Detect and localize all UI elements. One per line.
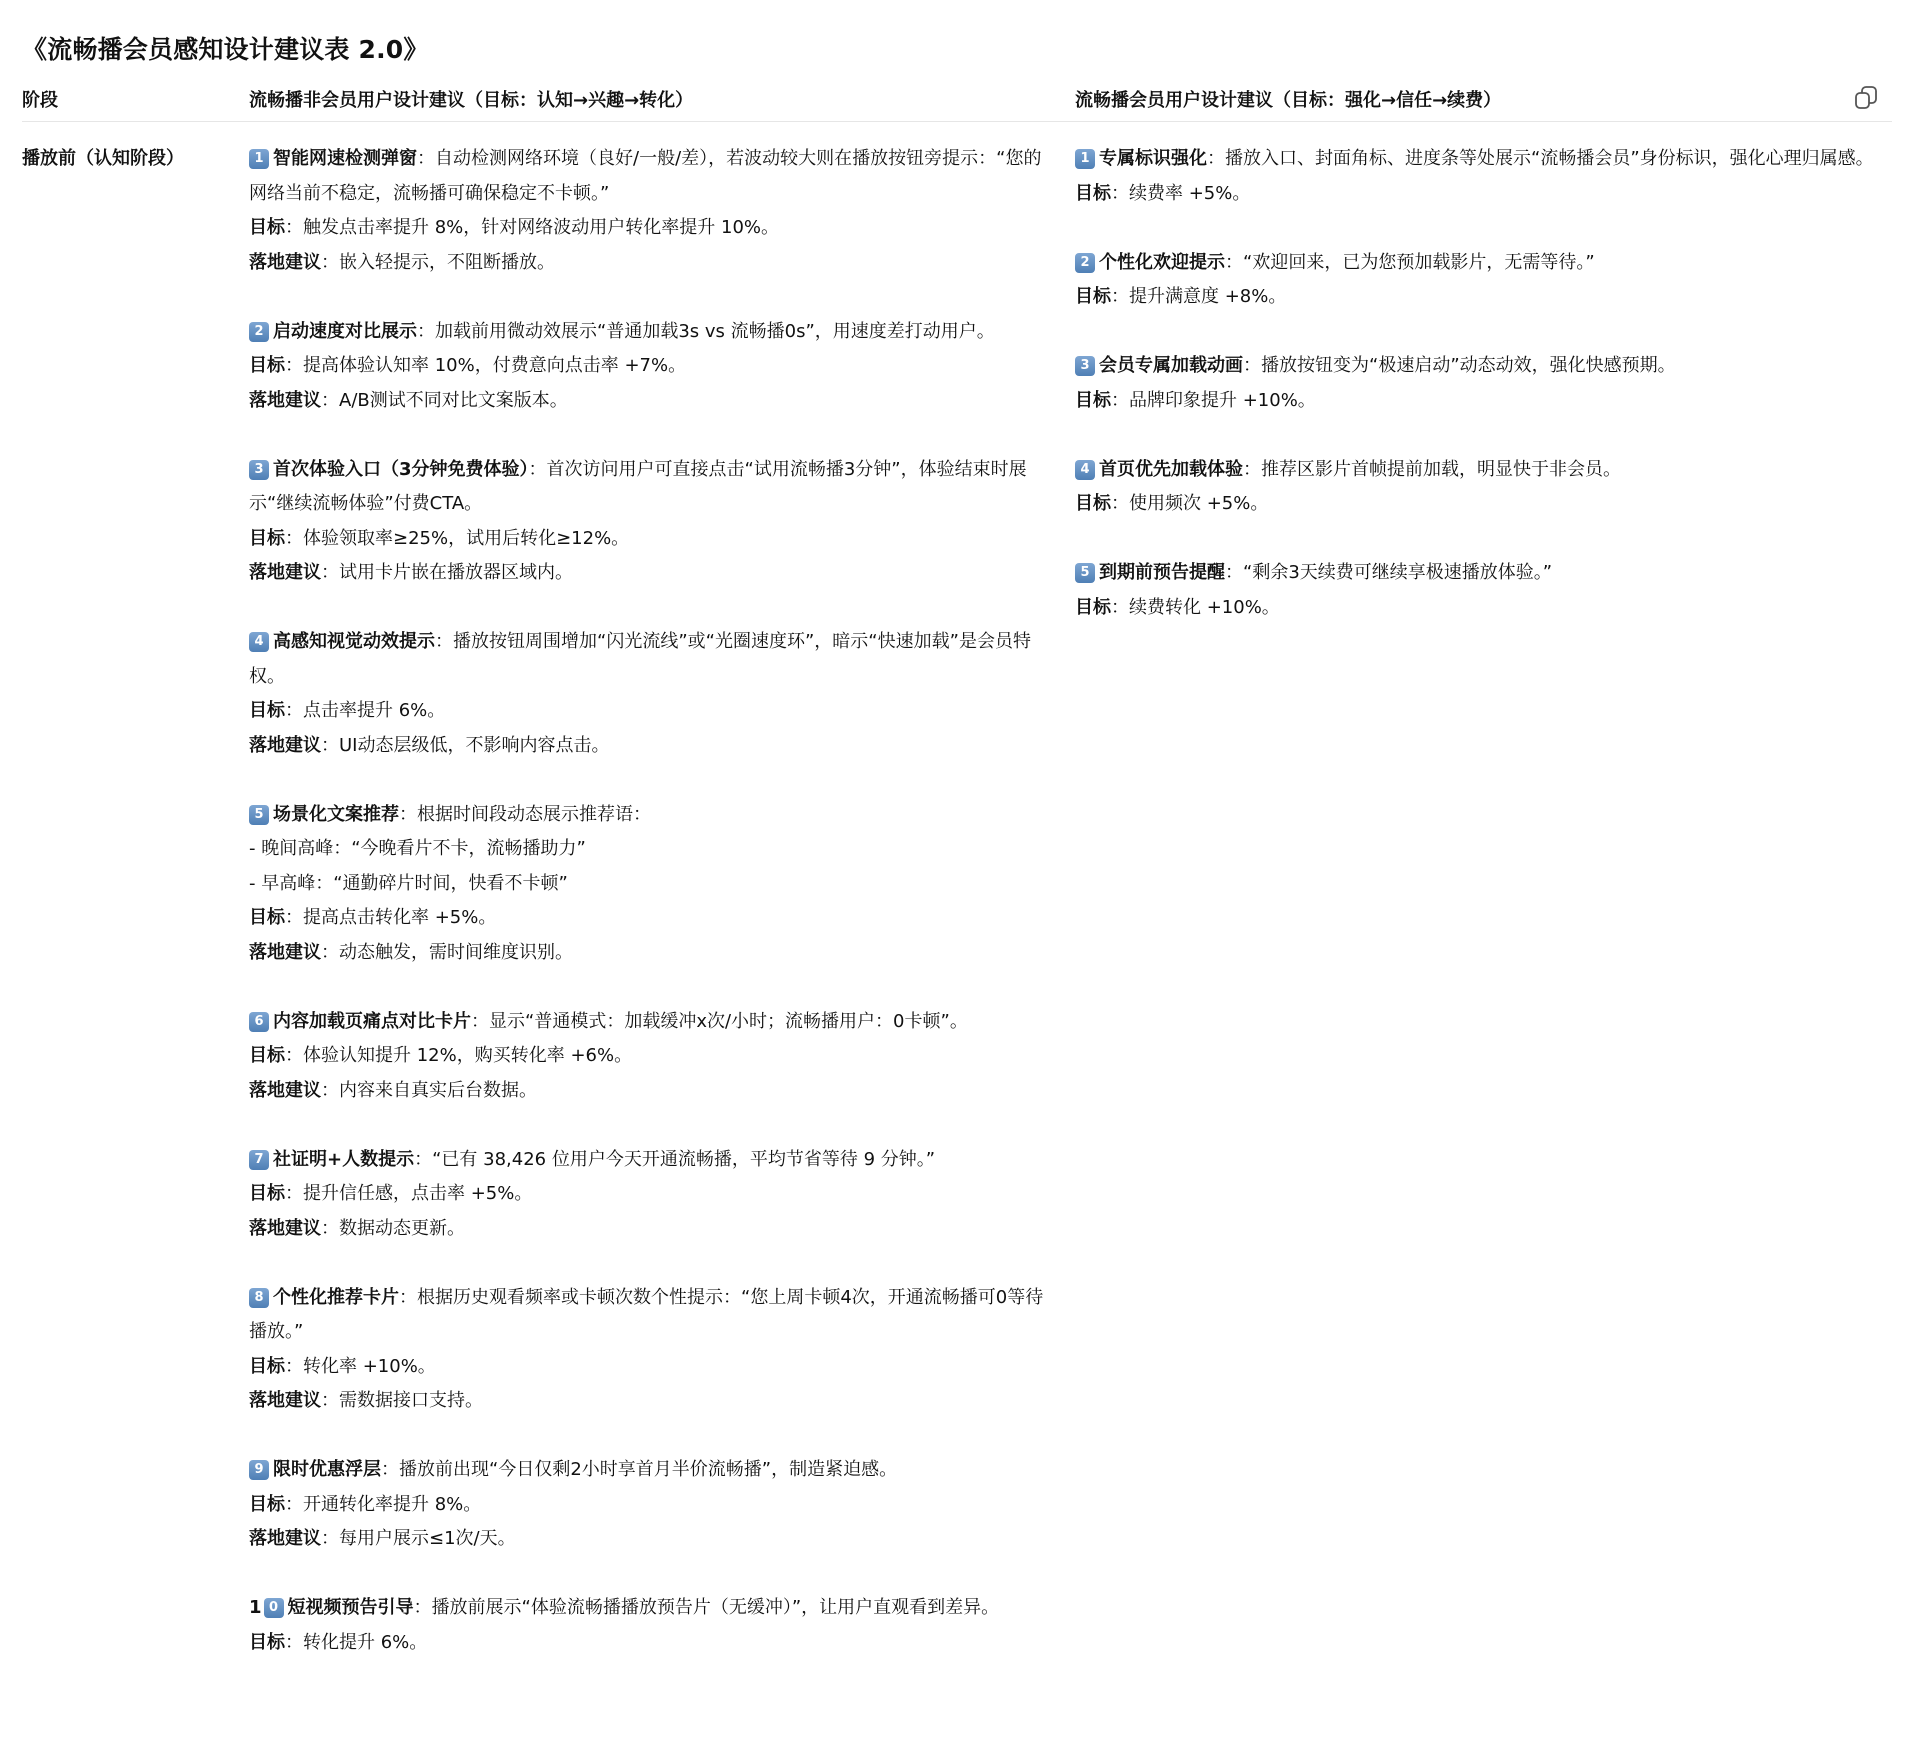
implementation-label: 落地建议	[249, 390, 321, 411]
suggestion-item: 5场景化文案推荐：根据时间段动态展示推荐语：- 晚间高峰：“今晚看片不卡，流畅播…	[249, 798, 1049, 971]
goal-value: ：提升满意度 +8%。	[1111, 286, 1286, 307]
goal-line: 目标：提升满意度 +8%。	[1075, 280, 1915, 315]
keycap-number-icon: 2	[249, 322, 269, 342]
goal-line: 目标：点击率提升 6%。	[249, 694, 1049, 729]
goal-label: 目标	[249, 700, 285, 721]
suggestion-text: ：播放入口、封面角标、进度条等处展示“流畅播会员”身份标识，强化心理归属感。	[1207, 148, 1874, 169]
table-header-row: 阶段 流畅播非会员用户设计建议（目标：认知→兴趣→转化） 流畅播会员用户设计建议…	[22, 80, 1892, 122]
implementation-label: 落地建议	[249, 562, 321, 583]
suggestion-text: ：显示“普通模式：加载缓冲x次/小时；流畅播用户：0卡顿”。	[471, 1011, 968, 1032]
suggestion-text: ：加载前用微动效展示“普通加载3s vs 流畅播0s”，用速度差打动用户。	[417, 321, 995, 342]
suggestion-text: ：“已有 38,426 位用户今天开通流畅播，平均节省等待 9 分钟。”	[414, 1149, 935, 1170]
suggestion-text: ：播放按钮变为“极速启动”动态动效，强化快感预期。	[1243, 355, 1676, 376]
suggestion-title: 智能网速检测弹窗	[273, 148, 417, 169]
implementation-value: ：A/B测试不同对比文案版本。	[321, 390, 568, 411]
implementation-value: ：数据动态更新。	[321, 1218, 465, 1239]
goal-value: ：转化率 +10%。	[285, 1356, 436, 1377]
suggestion-description: 2启动速度对比展示：加载前用微动效展示“普通加载3s vs 流畅播0s”，用速度…	[249, 315, 1049, 350]
suggestion-text: ：“欢迎回来，已为您预加载影片，无需等待。”	[1225, 252, 1595, 273]
suggestion-title: 到期前预告提醒	[1099, 562, 1225, 583]
goal-value: ：提升信任感，点击率 +5%。	[285, 1183, 532, 1204]
goal-line: 目标：提高点击转化率 +5%。	[249, 901, 1049, 936]
goal-line: 目标：触发点击率提升 8%，针对网络波动用户转化率提升 10%。	[249, 211, 1049, 246]
goal-label: 目标	[249, 907, 285, 928]
suggestion-item: 1专属标识强化：播放入口、封面角标、进度条等处展示“流畅播会员”身份标识，强化心…	[1075, 142, 1915, 211]
implementation-line: 落地建议：嵌入轻提示，不阻断播放。	[249, 246, 1049, 281]
suggestion-text: ：推荐区影片首帧提前加载，明显快于非会员。	[1243, 459, 1621, 480]
keycap-number-icon: 8	[249, 1288, 269, 1308]
suggestion-description: 9限时优惠浮层：播放前出现“今日仅剩2小时享首月半价流畅播”，制造紧迫感。	[249, 1453, 1049, 1488]
suggestion-text: ：播放前展示“体验流畅播播放预告片（无缓冲）”，让用户直观看到差异。	[414, 1597, 1000, 1618]
goal-line: 目标：转化率 +10%。	[249, 1350, 1049, 1385]
goal-label: 目标	[1075, 390, 1111, 411]
goal-value: ：提高体验认知率 10%，付费意向点击率 +7%。	[285, 355, 686, 376]
suggestion-description: 2个性化欢迎提示：“欢迎回来，已为您预加载影片，无需等待。”	[1075, 246, 1915, 281]
keycap-number-icon: 1	[1075, 149, 1095, 169]
implementation-line: 落地建议：动态触发，需时间维度识别。	[249, 936, 1049, 971]
bullet-line: - 晚间高峰：“今晚看片不卡，流畅播助力”	[249, 832, 1049, 867]
keycap-number-icon: 3	[1075, 356, 1095, 376]
suggestion-title: 内容加载页痛点对比卡片	[273, 1011, 471, 1032]
suggestion-description: 1智能网速检测弹窗：自动检测网络环境（良好/一般/差），若波动较大则在播放按钮旁…	[249, 142, 1049, 211]
document-title: 《流畅播会员感知设计建议表 2.0》	[22, 30, 429, 66]
suggestion-title: 高感知视觉动效提示	[273, 631, 435, 652]
goal-value: ：体验领取率≥25%，试用后转化≥12%。	[285, 528, 629, 549]
suggestion-description: 4高感知视觉动效提示：播放按钮周围增加“闪光流线”或“光圈速度环”，暗示“快速加…	[249, 625, 1049, 694]
suggestion-item: 10短视频预告引导：播放前展示“体验流畅播播放预告片（无缓冲）”，让用户直观看到…	[249, 1591, 1049, 1660]
suggestion-title: 首次体验入口（3分钟免费体验）	[273, 459, 529, 480]
goal-label: 目标	[1075, 597, 1111, 618]
implementation-line: 落地建议：需数据接口支持。	[249, 1384, 1049, 1419]
goal-line: 目标：续费率 +5%。	[1075, 177, 1915, 212]
goal-line: 目标：品牌印象提升 +10%。	[1075, 384, 1915, 419]
implementation-value: ：内容来自真实后台数据。	[321, 1080, 537, 1101]
suggestion-item: 4首页优先加载体验：推荐区影片首帧提前加载，明显快于非会员。目标：使用频次 +5…	[1075, 453, 1915, 522]
implementation-label: 落地建议	[249, 1080, 321, 1101]
keycap-number-icon: 4	[1075, 460, 1095, 480]
implementation-line: 落地建议：每用户展示≤1次/天。	[249, 1522, 1049, 1557]
implementation-label: 落地建议	[249, 1218, 321, 1239]
goal-value: ：使用频次 +5%。	[1111, 493, 1268, 514]
implementation-label: 落地建议	[249, 735, 321, 756]
suggestion-title: 限时优惠浮层	[273, 1459, 381, 1480]
suggestion-text: ：“剩余3天续费可继续享极速播放体验。”	[1225, 562, 1552, 583]
goal-label: 目标	[249, 1045, 285, 1066]
suggestion-title: 会员专属加载动画	[1099, 355, 1243, 376]
keycap-number-icon: 5	[1075, 563, 1095, 583]
implementation-line: 落地建议：数据动态更新。	[249, 1212, 1049, 1247]
goal-label: 目标	[249, 355, 285, 376]
goal-value: ：触发点击率提升 8%，针对网络波动用户转化率提升 10%。	[285, 217, 779, 238]
suggestion-description: 3首次体验入口（3分钟免费体验）：首次访问用户可直接点击“试用流畅播3分钟”，体…	[249, 453, 1049, 522]
goal-line: 目标：续费转化 +10%。	[1075, 591, 1915, 626]
goal-line: 目标：转化提升 6%。	[249, 1626, 1049, 1661]
implementation-value: ：需数据接口支持。	[321, 1390, 483, 1411]
suggestion-item: 3会员专属加载动画：播放按钮变为“极速启动”动态动效，强化快感预期。目标：品牌印…	[1075, 349, 1915, 418]
implementation-label: 落地建议	[249, 1390, 321, 1411]
suggestion-description: 1专属标识强化：播放入口、封面角标、进度条等处展示“流畅播会员”身份标识，强化心…	[1075, 142, 1915, 177]
implementation-label: 落地建议	[249, 942, 321, 963]
keycap-number-icon: 3	[249, 460, 269, 480]
goal-value: ：点击率提升 6%。	[285, 700, 445, 721]
goal-label: 目标	[249, 217, 285, 238]
keycap-number-icon: 7	[249, 1150, 269, 1170]
goal-line: 目标：体验认知提升 12%，购买转化率 +6%。	[249, 1039, 1049, 1074]
keycap-number-icon: 9	[249, 1460, 269, 1480]
implementation-label: 落地建议	[249, 1528, 321, 1549]
suggestion-description: 4首页优先加载体验：推荐区影片首帧提前加载，明显快于非会员。	[1075, 453, 1915, 488]
keycap-number-icon: 2	[1075, 253, 1095, 273]
suggestion-title: 专属标识强化	[1099, 148, 1207, 169]
suggestion-title: 个性化欢迎提示	[1099, 252, 1225, 273]
goal-label: 目标	[249, 528, 285, 549]
goal-line: 目标：开通转化率提升 8%。	[249, 1488, 1049, 1523]
suggestion-title: 个性化推荐卡片	[273, 1287, 399, 1308]
goal-value: ：开通转化率提升 8%。	[285, 1494, 481, 1515]
suggestion-item: 7社证明+人数提示：“已有 38,426 位用户今天开通流畅播，平均节省等待 9…	[249, 1143, 1049, 1247]
suggestion-item: 1智能网速检测弹窗：自动检测网络环境（良好/一般/差），若波动较大则在播放按钮旁…	[249, 142, 1049, 280]
suggestion-title: 首页优先加载体验	[1099, 459, 1243, 480]
header-stage: 阶段	[22, 86, 58, 112]
goal-value: ：续费率 +5%。	[1111, 183, 1250, 204]
header-non-member: 流畅播非会员用户设计建议（目标：认知→兴趣→转化）	[249, 86, 693, 112]
implementation-value: ：试用卡片嵌在播放器区域内。	[321, 562, 573, 583]
suggestion-title: 社证明+人数提示	[273, 1149, 414, 1170]
goal-label: 目标	[249, 1183, 285, 1204]
goal-label: 目标	[249, 1494, 285, 1515]
keycap-number-icon: 0	[264, 1598, 284, 1618]
suggestion-description: 7社证明+人数提示：“已有 38,426 位用户今天开通流畅播，平均节省等待 9…	[249, 1143, 1049, 1178]
suggestion-text: ：播放前出现“今日仅剩2小时享首月半价流畅播”，制造紧迫感。	[381, 1459, 897, 1480]
bullet-line: - 早高峰：“通勤碎片时间，快看不卡顿”	[249, 867, 1049, 902]
goal-value: ：品牌印象提升 +10%。	[1111, 390, 1316, 411]
implementation-value: ：嵌入轻提示，不阻断播放。	[321, 252, 555, 273]
implementation-line: 落地建议：内容来自真实后台数据。	[249, 1074, 1049, 1109]
keycap-number-icon: 6	[249, 1012, 269, 1032]
number-prefix: 1	[249, 1597, 262, 1618]
implementation-value: ：每用户展示≤1次/天。	[321, 1528, 516, 1549]
suggestion-item: 3首次体验入口（3分钟免费体验）：首次访问用户可直接点击“试用流畅播3分钟”，体…	[249, 453, 1049, 591]
suggestion-item: 2个性化欢迎提示：“欢迎回来，已为您预加载影片，无需等待。”目标：提升满意度 +…	[1075, 246, 1915, 315]
keycap-number-icon: 1	[249, 149, 269, 169]
suggestion-item: 6内容加载页痛点对比卡片：显示“普通模式：加载缓冲x次/小时；流畅播用户：0卡顿…	[249, 1005, 1049, 1109]
suggestion-description: 8个性化推荐卡片：根据历史观看频率或卡顿次数个性提示：“您上周卡顿4次，开通流畅…	[249, 1281, 1049, 1350]
suggestion-item: 9限时优惠浮层：播放前出现“今日仅剩2小时享首月半价流畅播”，制造紧迫感。目标：…	[249, 1453, 1049, 1557]
suggestion-item: 5到期前预告提醒：“剩余3天续费可继续享极速播放体验。”目标：续费转化 +10%…	[1075, 556, 1915, 625]
suggestion-title: 启动速度对比展示	[273, 321, 417, 342]
keycap-number-icon: 4	[249, 632, 269, 652]
suggestion-description: 5场景化文案推荐：根据时间段动态展示推荐语：	[249, 798, 1049, 833]
implementation-label: 落地建议	[249, 252, 321, 273]
goal-value: ：体验认知提升 12%，购买转化率 +6%。	[285, 1045, 632, 1066]
suggestion-title: 场景化文案推荐	[273, 804, 399, 825]
copy-icon	[1852, 84, 1880, 112]
goal-line: 目标：提高体验认知率 10%，付费意向点击率 +7%。	[249, 349, 1049, 384]
suggestion-description: 6内容加载页痛点对比卡片：显示“普通模式：加载缓冲x次/小时；流畅播用户：0卡顿…	[249, 1005, 1049, 1040]
goal-line: 目标：提升信任感，点击率 +5%。	[249, 1177, 1049, 1212]
goal-label: 目标	[249, 1356, 285, 1377]
suggestion-title: 短视频预告引导	[288, 1597, 414, 1618]
design-suggestion-table: 阶段 流畅播非会员用户设计建议（目标：认知→兴趣→转化） 流畅播会员用户设计建议…	[22, 80, 1892, 122]
implementation-value: ：动态触发，需时间维度识别。	[321, 942, 573, 963]
goal-label: 目标	[1075, 183, 1111, 204]
copy-table-button[interactable]	[1852, 84, 1880, 112]
goal-line: 目标：使用频次 +5%。	[1075, 487, 1915, 522]
implementation-value: ：UI动态层级低，不影响内容点击。	[321, 735, 609, 756]
goal-label: 目标	[1075, 493, 1111, 514]
suggestion-description: 3会员专属加载动画：播放按钮变为“极速启动”动态动效，强化快感预期。	[1075, 349, 1915, 384]
implementation-line: 落地建议：试用卡片嵌在播放器区域内。	[249, 556, 1049, 591]
non-member-column: 1智能网速检测弹窗：自动检测网络环境（良好/一般/差），若波动较大则在播放按钮旁…	[249, 142, 1049, 1695]
suggestion-text: ：根据时间段动态展示推荐语：	[399, 804, 651, 825]
stage-cell: 播放前（认知阶段）	[22, 144, 184, 170]
implementation-line: 落地建议：A/B测试不同对比文案版本。	[249, 384, 1049, 419]
header-member: 流畅播会员用户设计建议（目标：强化→信任→续费）	[1075, 86, 1501, 112]
suggestion-item: 2启动速度对比展示：加载前用微动效展示“普通加载3s vs 流畅播0s”，用速度…	[249, 315, 1049, 419]
suggestion-description: 10短视频预告引导：播放前展示“体验流畅播播放预告片（无缓冲）”，让用户直观看到…	[249, 1591, 1049, 1626]
member-column: 1专属标识强化：播放入口、封面角标、进度条等处展示“流畅播会员”身份标识，强化心…	[1075, 142, 1915, 660]
suggestion-description: 5到期前预告提醒：“剩余3天续费可继续享极速播放体验。”	[1075, 556, 1915, 591]
goal-value: ：提高点击转化率 +5%。	[285, 907, 496, 928]
implementation-line: 落地建议：UI动态层级低，不影响内容点击。	[249, 729, 1049, 764]
goal-label: 目标	[1075, 286, 1111, 307]
goal-value: ：续费转化 +10%。	[1111, 597, 1280, 618]
suggestion-item: 4高感知视觉动效提示：播放按钮周围增加“闪光流线”或“光圈速度环”，暗示“快速加…	[249, 625, 1049, 763]
goal-label: 目标	[249, 1632, 285, 1653]
suggestion-item: 8个性化推荐卡片：根据历史观看频率或卡顿次数个性提示：“您上周卡顿4次，开通流畅…	[249, 1281, 1049, 1419]
keycap-number-icon: 5	[249, 805, 269, 825]
goal-value: ：转化提升 6%。	[285, 1632, 427, 1653]
goal-line: 目标：体验领取率≥25%，试用后转化≥12%。	[249, 522, 1049, 557]
